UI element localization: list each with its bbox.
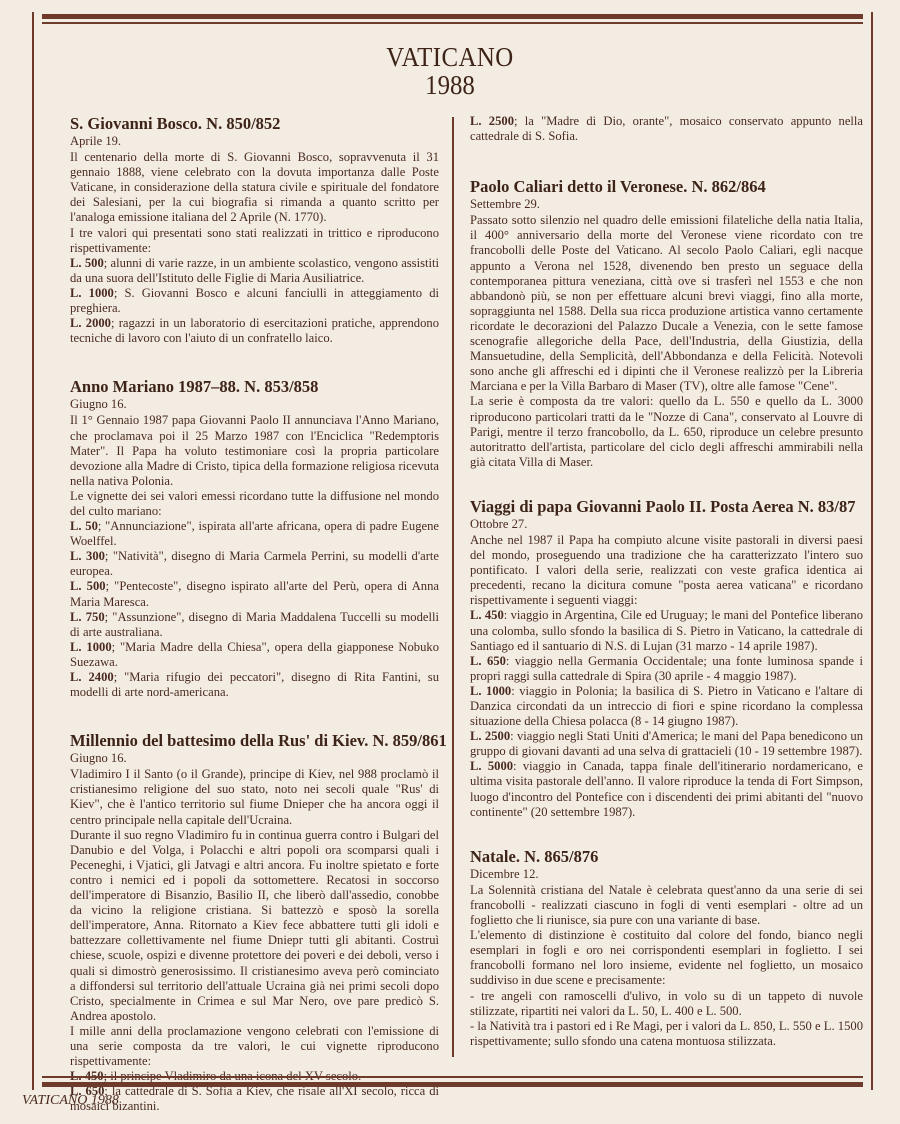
bottom-rule-thin [42, 1076, 863, 1078]
stamp-value: L. 1000 [70, 286, 114, 300]
left-border [32, 12, 34, 1090]
page-title: VATICANO 1988 [0, 44, 900, 99]
section-title: Viaggi di papa Giovanni Paolo II. Posta … [470, 497, 863, 517]
page-title-country: VATICANO [36, 44, 864, 71]
paragraph: I tre valori qui presentati sono stati r… [70, 226, 439, 256]
paragraph: Le vignette dei sei valori emessi ricord… [70, 489, 439, 519]
section-title: Millennio del battesimo della Rus' di Ki… [70, 731, 439, 751]
paragraph: La Solennità cristiana del Natale è cele… [470, 883, 863, 928]
section-rus-kiev: Millennio del battesimo della Rus' di Ki… [70, 731, 439, 1114]
value-entry: L. 750; "Assunzione", disegno di Maria M… [70, 610, 439, 640]
paragraph: Il 1° Gennaio 1987 papa Giovanni Paolo I… [70, 413, 439, 488]
paragraph: Il centenario della morte di S. Giovanni… [70, 150, 439, 225]
paragraph: Anche nel 1987 il Papa ha compiuto alcun… [470, 533, 863, 608]
section-natale: Natale. N. 865/876 Dicembre 12. La Solen… [470, 847, 863, 1049]
page-footer: VATICANO 1988 [22, 1093, 119, 1109]
section-title: Natale. N. 865/876 [470, 847, 863, 867]
paragraph: Passato sotto silenzio nel quadro delle … [470, 213, 863, 394]
left-column: S. Giovanni Bosco. N. 850/852 Aprile 19.… [70, 114, 439, 1114]
paragraph: I mille anni della proclamazione vengono… [70, 1024, 439, 1069]
right-border [871, 12, 873, 1090]
value-entry: L. 300; "Natività", disegno di Maria Car… [70, 549, 439, 579]
value-entry: L. 5000: viaggio in Canada, tappa finale… [470, 759, 863, 819]
section-title: Anno Mariano 1987–88. N. 853/858 [70, 377, 439, 397]
section-date: Dicembre 12. [470, 867, 863, 882]
value-entry: L. 1000: viaggio in Polonia; la basilica… [470, 684, 863, 729]
continued-value-entry: L. 2500; la "Madre di Dio, orante", mosa… [470, 114, 863, 144]
stamp-value: L. 5000 [470, 759, 513, 773]
stamp-value: L. 300 [70, 549, 105, 563]
top-rule-thick [42, 14, 863, 19]
stamp-value: L. 500 [70, 579, 106, 593]
stamp-value: L. 450 [470, 608, 504, 622]
stamp-value: L. 1000 [70, 640, 112, 654]
value-entry: L. 1000; "Maria Madre della Chiesa", ope… [70, 640, 439, 670]
value-entry: L. 500; "Pentecoste", disegno ispirato a… [70, 579, 439, 609]
value-entry: L. 2000; ragazzi in un laboratorio di es… [70, 316, 439, 346]
stamp-value: L. 2000 [70, 316, 111, 330]
stamp-value: L. 2500 [470, 114, 514, 128]
section-date: Ottobre 27. [470, 517, 863, 532]
section-date: Giugno 16. [70, 397, 439, 412]
section-title: Paolo Caliari detto il Veronese. N. 862/… [470, 177, 863, 197]
stamp-value: L. 50 [70, 519, 98, 533]
section-date: Aprile 19. [70, 134, 439, 149]
section-date: Settembre 29. [470, 197, 863, 212]
stamp-value: L. 2500 [470, 729, 510, 743]
value-entry: L. 450: viaggio in Argentina, Cile ed Ur… [470, 608, 863, 653]
page-title-year: 1988 [36, 72, 864, 99]
section-viaggi-papa: Viaggi di papa Giovanni Paolo II. Posta … [470, 497, 863, 820]
list-item: - tre angeli con ramoscelli d'ulivo, in … [470, 989, 863, 1019]
value-entry: L. 500; alunni di varie razze, in un amb… [70, 256, 439, 286]
paragraph: L'elemento di distinzione è costituito d… [470, 928, 863, 988]
column-divider [452, 117, 454, 1057]
value-entry: L. 50; "Annunciazione", ispirata all'art… [70, 519, 439, 549]
paragraph: Durante il suo regno Vladimiro fu in con… [70, 828, 439, 1024]
section-date: Giugno 16. [70, 751, 439, 766]
section-giovanni-bosco: S. Giovanni Bosco. N. 850/852 Aprile 19.… [70, 114, 439, 346]
list-item: - la Natività tra i pastori ed i Re Magi… [470, 1019, 863, 1049]
section-title: S. Giovanni Bosco. N. 850/852 [70, 114, 439, 134]
value-entry: L. 2400; "Maria rifugio dei peccatori", … [70, 670, 439, 700]
right-column: L. 2500; la "Madre di Dio, orante", mosa… [470, 114, 863, 1049]
paragraph: Vladimiro I il Santo (o il Grande), prin… [70, 767, 439, 827]
stamp-value: L. 650 [470, 654, 506, 668]
stamp-value: L. 500 [70, 256, 104, 270]
value-entry: L. 650; la cattedrale di S. Sofia a Kiev… [70, 1084, 439, 1114]
value-entry: L. 1000; S. Giovanni Bosco e alcuni fanc… [70, 286, 439, 316]
stamp-value: L. 2400 [70, 670, 114, 684]
section-anno-mariano: Anno Mariano 1987–88. N. 853/858 Giugno … [70, 377, 439, 700]
bottom-rule-thick [42, 1082, 863, 1087]
section-veronese: Paolo Caliari detto il Veronese. N. 862/… [470, 177, 863, 470]
value-entry: L. 650: viaggio nella Germania Occidenta… [470, 654, 863, 684]
paragraph: La serie è composta da tre valori: quell… [470, 394, 863, 469]
value-entry: L. 2500: viaggio negli Stati Uniti d'Ame… [470, 729, 863, 759]
top-rule-thin [42, 22, 863, 24]
stamp-value: L. 1000 [470, 684, 511, 698]
stamp-value: L. 750 [70, 610, 105, 624]
